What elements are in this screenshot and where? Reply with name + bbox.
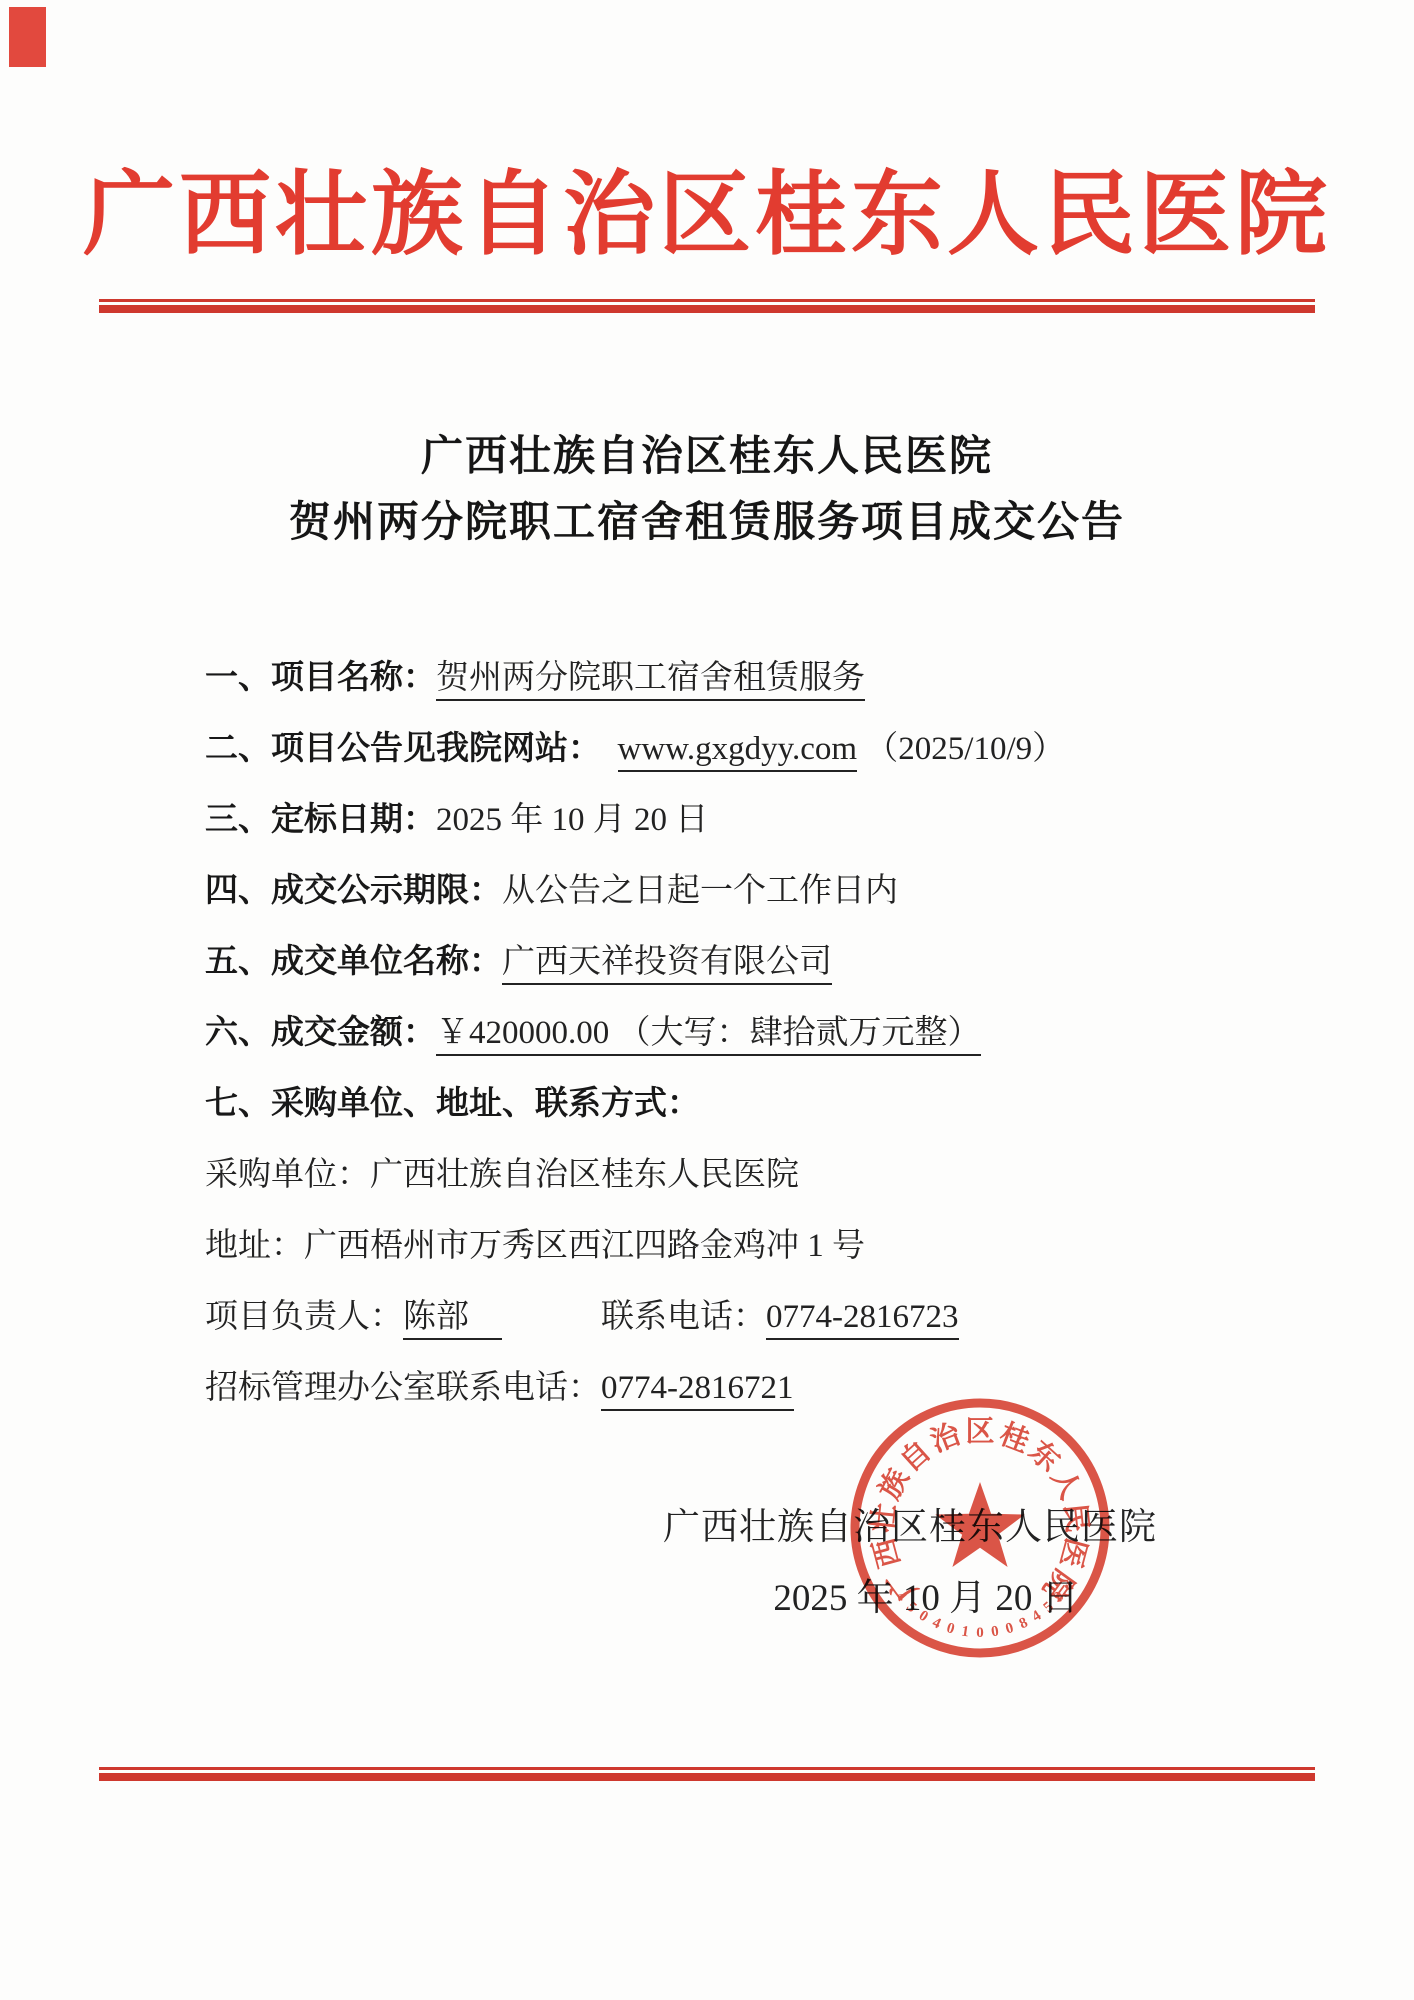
announcement-item: 三、定标日期：2025 年 10 月 20 日 — [205, 785, 1325, 856]
header-divider — [99, 299, 1315, 313]
document-title-line1: 广西壮族自治区桂东人民医院 — [0, 424, 1414, 490]
item-value-segment: 联系电话： — [502, 1299, 766, 1335]
item-value-segment: 地址：广西梧州市万秀区西江四路金鸡冲 1 号 — [205, 1228, 865, 1264]
announcement-item: 二、项目公告见我院网站： www.gxgdyy.com （2025/10/9） — [205, 714, 1325, 785]
hospital-letterhead-title: 广西壮族自治区桂东人民医院 — [0, 140, 1414, 290]
item-value-segment: 广西天祥投资有限公司 — [502, 944, 832, 985]
seal-glyph: 5 — [903, 1599, 919, 1616]
seal-glyph: 4 — [1029, 1607, 1044, 1625]
official-seal: 广西壮族自治区桂东人民医院 4504010008459 — [843, 1391, 1117, 1665]
seal-glyph: 0 — [990, 1623, 1000, 1640]
seal-glyph: 0 — [1004, 1620, 1016, 1637]
item-value-segment: www.gxgdyy.com — [618, 731, 858, 772]
footer-divider — [99, 1767, 1315, 1781]
header-divider-thin-line — [99, 299, 1315, 302]
item-value-segment: 贺州两分院职工宿舍租赁服务 — [436, 660, 865, 701]
document-title: 广西壮族自治区桂东人民医院 贺州两分院职工宿舍租赁服务项目成交公告 — [0, 424, 1414, 556]
item-value-segment: 项目负责人： — [205, 1299, 403, 1335]
footer-divider-thick-line — [99, 1773, 1315, 1781]
item-label: 三、定标日期： — [205, 802, 436, 838]
announcement-item: 七、采购单位、地址、联系方式： — [205, 1069, 1325, 1140]
footer-divider-thin-line — [99, 1767, 1315, 1770]
seal-star-icon — [935, 1482, 1024, 1567]
item-value-segment: （2025/10/9） — [857, 731, 1065, 767]
contact-line: 项目负责人：陈部 联系电话：0774-2816723 — [205, 1282, 1325, 1353]
announcement-item: 四、成交公示期限：从公告之日起一个工作日内 — [205, 856, 1325, 927]
item-value-segment: ￥420000.00 （大写：肆拾贰万元整） — [436, 1015, 981, 1056]
item-label: 六、成交金额： — [205, 1015, 436, 1051]
contact-line: 地址：广西梧州市万秀区西江四路金鸡冲 1 号 — [205, 1211, 1325, 1282]
item-label: 四、成交公示期限： — [205, 873, 502, 909]
item-label: 二、项目公告见我院网站： — [205, 731, 585, 767]
item-label: 一、项目名称： — [205, 660, 436, 696]
announcement-item: 六、成交金额：￥420000.00 （大写：肆拾贰万元整） — [205, 998, 1325, 1069]
seal-glyph: 0 — [916, 1608, 931, 1626]
scan-corner-mark — [9, 7, 46, 67]
seal-glyph: 0 — [945, 1620, 957, 1637]
contact-line: 招标管理办公室联系电话：0774-2816721 — [205, 1353, 1325, 1424]
seal-glyph: 0 — [976, 1625, 984, 1641]
announcement-body: 一、项目名称：贺州两分院职工宿舍租赁服务二、项目公告见我院网站： www.gxg… — [205, 643, 1325, 1424]
item-value-segment: 采购单位：广西壮族自治区桂东人民医院 — [205, 1157, 799, 1193]
item-value-segment: 招标管理办公室联系电话： — [205, 1370, 601, 1406]
seal-glyph: 区 — [965, 1415, 994, 1448]
announcement-item: 五、成交单位名称：广西天祥投资有限公司 — [205, 927, 1325, 998]
seal-glyph: 医 — [1053, 1535, 1092, 1572]
item-value-segment: 2025 年 10 月 20 日 — [436, 802, 708, 838]
seal-glyph: 民 — [1058, 1502, 1094, 1534]
item-value-segment: 陈部 — [403, 1299, 502, 1340]
seal-glyph: 治 — [926, 1417, 966, 1459]
item-label: 五、成交单位名称： — [205, 944, 502, 980]
item-value-segment: 0774-2816721 — [601, 1370, 794, 1411]
announcement-item: 一、项目名称：贺州两分院职工宿舍租赁服务 — [205, 643, 1325, 714]
seal-glyph: 壮 — [866, 1502, 902, 1534]
item-label: 七、采购单位、地址、联系方式： — [205, 1086, 700, 1122]
seal-glyph: 西 — [867, 1535, 906, 1572]
seal-glyph: 1 — [960, 1623, 970, 1640]
seal-glyph: 4 — [930, 1615, 944, 1633]
header-divider-thick-line — [99, 305, 1315, 313]
item-value-segment: 从公告之日起一个工作日内 — [502, 873, 898, 909]
item-value-segment — [585, 731, 618, 767]
item-value-segment: 0774-2816723 — [766, 1299, 959, 1340]
contact-line: 采购单位：广西壮族自治区桂东人民医院 — [205, 1140, 1325, 1211]
document-page: 广西壮族自治区桂东人民医院 广西壮族自治区桂东人民医院 贺州两分院职工宿舍租赁服… — [0, 0, 1414, 2000]
document-title-line2: 贺州两分院职工宿舍租赁服务项目成交公告 — [0, 490, 1414, 556]
seal-glyph: 8 — [1017, 1615, 1030, 1633]
seal-glyph: 5 — [1041, 1599, 1057, 1616]
